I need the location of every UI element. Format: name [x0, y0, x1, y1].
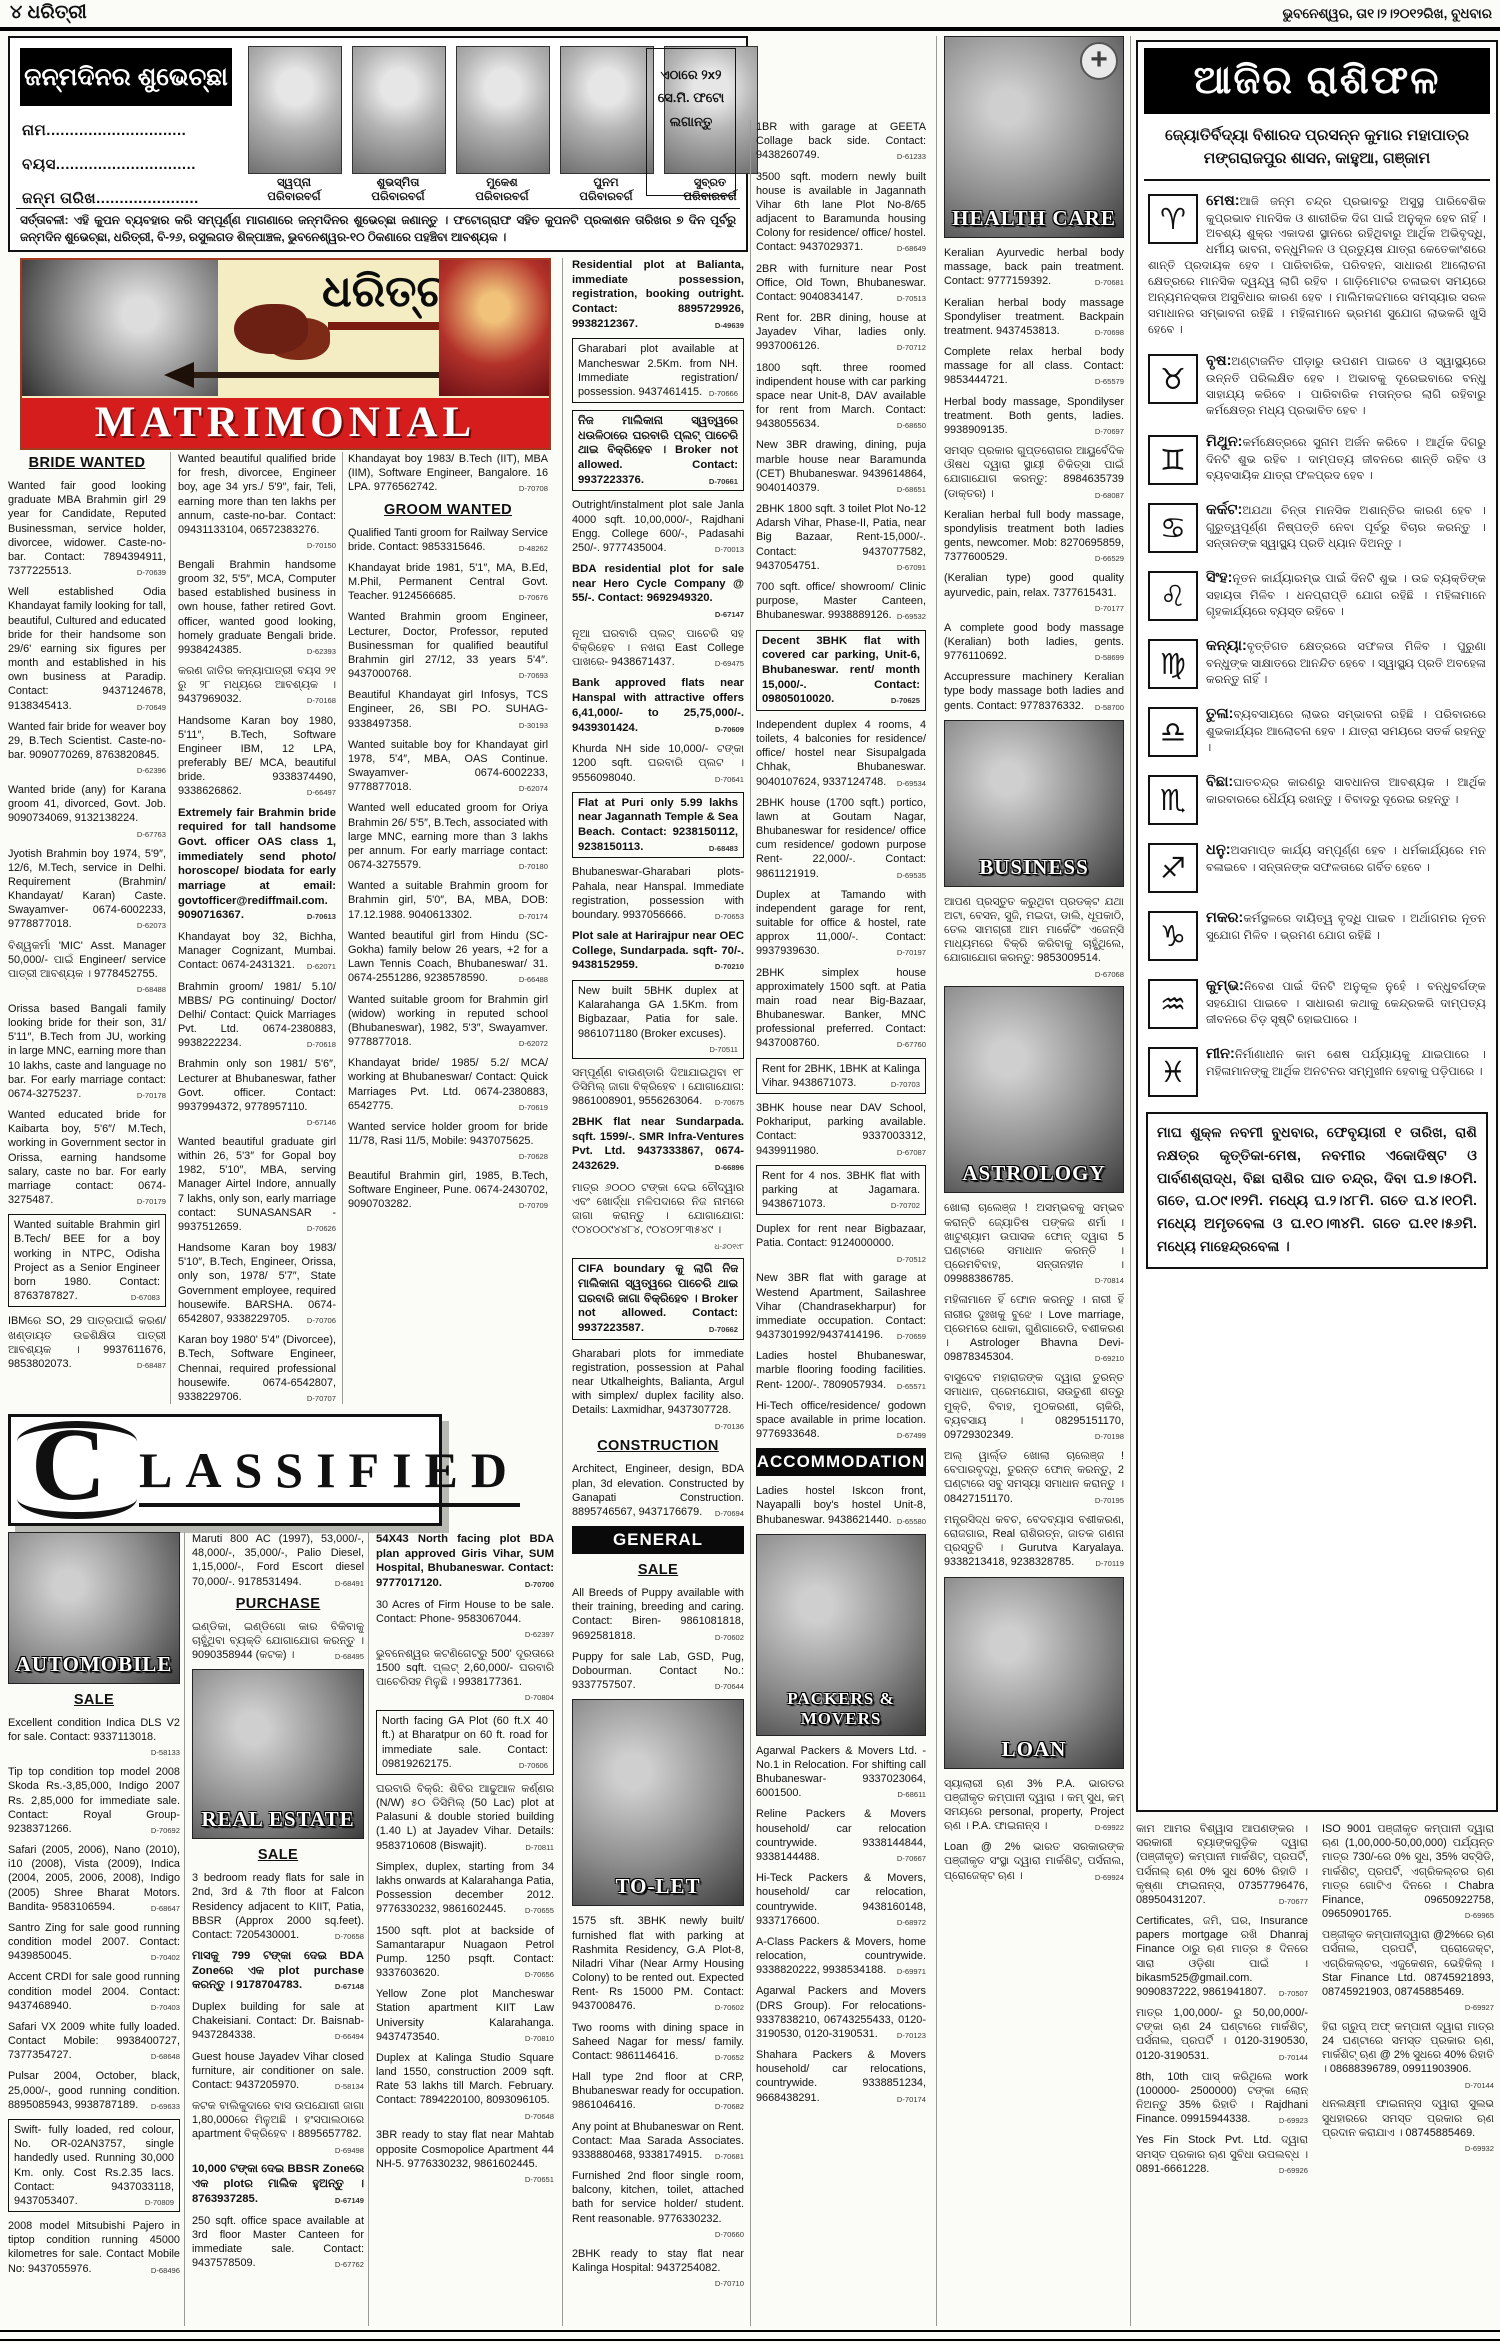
realestate-tolet-column: Residential plot at Balianta, immediate … — [572, 258, 744, 2326]
ad-id: D-69475 — [715, 659, 744, 669]
ad-id: D-69971 — [897, 1967, 926, 1977]
classified-ad: ସ୍ୟାଲାରୀ ଋଣ 3% P.A. ଭାରତର ପଞ୍ଜୀକୃତ କମ୍ପା… — [944, 1777, 1124, 1834]
capricorn-icon: ♑ — [1148, 911, 1198, 961]
ad-id: D-70697 — [1095, 427, 1124, 437]
zodiac-entry: ♑ମକର:କର୍ମସ୍ଥଳରେ ଦାୟିତ୍ୱ ବୃଦ୍ଧି ପାଇବ । ଅର… — [1148, 908, 1486, 963]
ad-id: D-58133 — [151, 1748, 180, 1758]
classified-ad: Pulsar 2004, October, black, 25,000/-, g… — [8, 2069, 180, 2112]
ad-id: D-70195 — [1095, 1496, 1124, 1506]
ad-id: D-70602 — [715, 2003, 744, 2013]
ad-id: D-70136 — [715, 1422, 744, 1432]
loan-image: LOAN — [944, 1577, 1124, 1769]
ad-id: D-70700 — [525, 1580, 554, 1590]
ad-id: D-67148 — [335, 1982, 364, 1992]
column-separator — [170, 452, 171, 1404]
ad-text: 3500 sqft. modern newly built house is a… — [756, 171, 926, 254]
classified-ad: ଆପଣ ପ୍ରସ୍ତୁତ କରୁଥିବା ପ୍ରଡକ୍ଟ ଯଥା ଅଟା, ବେ… — [944, 895, 1124, 980]
ad-id: D-69534 — [897, 779, 926, 789]
child-portrait — [560, 46, 654, 174]
classified-ad: Yellow Zone plot Mancheswar Station apar… — [376, 1987, 554, 2044]
zodiac-entry: ♉ବୃଷ:ଅଣ୍ଟାଜନିତ ପୀଡ଼ାରୁ ଉପଶମ ପାଇବେ ଓ ସ୍ୱା… — [1148, 351, 1486, 419]
birthday-child-photo: ଶୁଭସ୍ମିତା ପରିବାରବର୍ଗ — [352, 46, 444, 205]
ad-id: D-69923 — [1279, 2116, 1308, 2126]
ad-id: D-67762 — [335, 2260, 364, 2270]
zodiac-list: ♈ମେଷ:ଆଜି ଜନ୍ମ ଚନ୍ଦ୍ର ପ୍ରଭାବରୁ ଅସୁସ୍ଥ ପାର… — [1138, 185, 1496, 1100]
ad-text: ବିଶ୍ୱକର୍ମା 'MIC' Asst. Manager 50,000/- … — [8, 940, 166, 980]
finance-column-1: କାମ ଆମର ବିଶ୍ୱାସ ଆପଣଙ୍କର । ସରକାରୀ ବ୍ୟାଙ୍କ… — [1136, 1822, 1308, 2326]
classified-ad: ନୂଆ ଘରବାରି ପ୍ଲଟ୍ ପାଚେରି ସହ ବିକ୍ରିହେବ । ନ… — [572, 627, 744, 670]
ad-text: ISO 9001 ପଞ୍ଜୀକୃତ କମ୍ପାନୀ ଦ୍ୱାରା ଋଣ (1,0… — [1322, 1823, 1494, 1920]
classified-ad: Certificates, ଜମି, ଘର, Insurance papers … — [1136, 1914, 1308, 1999]
ad-text: Wanted suitable Brahmin girl B.Tech/ BEE… — [14, 1219, 160, 1302]
image-caption: REAL ESTATE — [193, 1807, 363, 1832]
ad-id: D-70626 — [307, 1224, 336, 1234]
classified-ad: Khandayat bride 1981, 5'1″, MA, B.Ed, M.… — [348, 561, 548, 604]
classified-ad: Two rooms with dining space in Saheed Na… — [572, 2021, 744, 2064]
child-name: ପୁନମ ପରିବାରବର୍ଗ — [560, 176, 652, 205]
ad-id: D-66896 — [715, 1163, 744, 1173]
taurus-icon: ♉ — [1148, 354, 1198, 404]
classified-ad: Loan @ 2% ଭାରତ ସରକାରଙ୍କ ପଞ୍ଜୀକୃତ ସଂସ୍ଥା … — [944, 1840, 1124, 1883]
classified-ad: Agarwal Packers & Movers Ltd. - No.1 in … — [756, 1744, 926, 1801]
ad-text: CIFA boundary କୁ ଲାଗି ନିଜ ମାଲିକାନା ସ୍ୱତ୍… — [578, 1263, 738, 1334]
ad-text: Wanted fair good looking graduate MBA Br… — [8, 480, 166, 577]
ad-id: D-69932 — [1465, 2144, 1494, 2154]
packers-image: PACKERS & MOVERS — [756, 1534, 926, 1736]
classified-ad: ଧନଲକ୍ଷ୍ମୀ ଫାଇନାନ୍ସ ଦ୍ୱାରା ସୁଲଭ ସୁଧହାରରେ … — [1322, 2097, 1494, 2153]
classified-ad: 3BR ready to stay flat near Mahtab oppos… — [376, 2128, 554, 2184]
classified-ad: Qualified Tanti groom for Railway Servic… — [348, 526, 548, 554]
ad-text: Handsome Karan boy 1980, 5'11″, B.Tech, … — [178, 715, 336, 798]
classified-ad: ମାସକୁ 799 ଟଙ୍କା ଦେଇ BDA Zoneରେ ଏକ plot p… — [192, 1949, 364, 1993]
ad-text: ପଞ୍ଜୀକୃତ କମ୍ପାନୀଦ୍ୱାରା @2%ରେ ଋଣ ପର୍ସନାଲ,… — [1322, 1929, 1494, 1998]
dateline: ଭୁବନେଶ୍ୱର, ତା୧।୨।୨୦୧୨ରିଖ, ବୁଧବାର — [1283, 6, 1492, 22]
ad-id: D-69922 — [1095, 1823, 1124, 1833]
classified-ad: Agarwal Packers and Movers (DRS Group). … — [756, 1984, 926, 2041]
ad-id: D-58700 — [1095, 703, 1124, 713]
ad-id: D-30193 — [519, 721, 548, 731]
ad-id: D-66488 — [519, 975, 548, 985]
classified-ad: Brahmin groom/ 1981/ 5.10/ MBBS/ PG cont… — [178, 980, 336, 1051]
classified-ad: Keralian herbal body massage Spondyliser… — [944, 296, 1124, 339]
ad-id: D-70641 — [715, 775, 744, 785]
matrimonial-column-2: Wanted beautiful qualified bride for fre… — [178, 452, 336, 1408]
ad-id: D-70655 — [525, 1906, 554, 1916]
classified-ad: 1575 sft. 3BHK newly built/ furnished fl… — [572, 1914, 744, 2013]
classified-ad: Wanted beautiful qualified bride for fre… — [178, 452, 336, 551]
ad-id: D-70814 — [1095, 1276, 1124, 1286]
libra-icon: ♎ — [1148, 707, 1198, 757]
ad-id: D-70198 — [1095, 1432, 1124, 1442]
classified-ad: Wanted fair good looking graduate MBA Br… — [8, 479, 166, 578]
classified-ad: Bengali Brahmin handsome groom 32, 5'5″,… — [178, 558, 336, 657]
ad-id: D-67146 — [307, 1118, 336, 1128]
classified-ad: Khurda NH side 10,000/- ଟଙ୍କା 1200 sqft.… — [572, 742, 744, 785]
classified-ad: Wanted suitable groom for Brahmin girl (… — [348, 993, 548, 1050]
column-separator — [562, 258, 563, 2326]
ad-text: ଭୁବନେଶ୍ୱର କଟଣିଗେଟ୍‌ରୁ 500' ଦୂରତାରେ 1500 … — [376, 1648, 554, 1688]
ad-text: Extremely fair Brahmin bride required fo… — [178, 807, 336, 922]
child-portrait — [248, 46, 342, 174]
classified-ad: Safari VX 2009 white fully loaded. Conta… — [8, 2020, 180, 2063]
section-header: SALE — [572, 1562, 744, 1578]
zodiac-sign-name: ତୁଳା: — [1206, 706, 1233, 722]
zodiac-sign-name: ଧନୁ: — [1206, 842, 1231, 858]
leo-icon: ♌ — [1148, 571, 1198, 621]
ad-id: D-70619 — [519, 1103, 548, 1113]
ad-text: କାମ ଆମର ବିଶ୍ୱାସ ଆପଣଙ୍କର । ସରକାରୀ ବ୍ୟାଙ୍କ… — [1136, 1823, 1308, 1906]
classified-ad: Puppy for sale Lab, GSD, Pug, Dobourman.… — [572, 1650, 744, 1693]
zodiac-prediction: ମୀନ:ନିର୍ମାଣାଧୀନ କାମ ଶେଷ ପର୍ଯ୍ୟାୟକୁ ଯାଇପା… — [1148, 1044, 1486, 1080]
classified-ad: 30 Acres of Firm House to be sale. Conta… — [376, 1598, 554, 1640]
ad-id: D-70511 — [709, 1045, 738, 1055]
sagittarius-icon: ♐ — [1148, 843, 1198, 893]
ad-text: ମହିଳାମାନେ ହିଁ ଫୋନ କରନ୍ତୁ । ନାରୀ ହିଁ ନାରୀ… — [944, 1294, 1124, 1363]
zodiac-entry: ♎ତୁଳା:ବ୍ୟବସାୟରେ ଲାଭର ସମ୍ଭାବନା ରହିଛି । ପର… — [1148, 704, 1486, 759]
classified-ad: କଟକ ବାଲିକୁଦାରେ ବାସ ଉପଯୋଗୀ ଜାଗା 1,80,000ର… — [192, 2099, 364, 2155]
ad-id: D-70210 — [715, 962, 744, 972]
ad-id: D-70606 — [519, 1761, 548, 1771]
ad-id: D-67068 — [1095, 970, 1124, 980]
ad-id: D-65571 — [897, 1382, 926, 1392]
classified-ad: Wanted well educated groom for Oriya Bra… — [348, 801, 548, 872]
classified-ad: 3 bedroom ready flats for sale in 2nd, 3… — [192, 1871, 364, 1942]
classified-ad: Wanted a suitable Brahmin groom for Brah… — [348, 879, 548, 922]
ad-text: Safari (2005, 2006), Nano (2010), i10 (2… — [8, 1844, 180, 1913]
classified-ad: Keralian herbal full body massage, spond… — [944, 508, 1124, 565]
ad-id: D-70628 — [519, 1152, 548, 1162]
ad-text: Well established Odia Khandayat family l… — [8, 586, 166, 711]
birthday-child-photo: ପୁନମ ପରିବାରବର୍ଗ — [560, 46, 652, 205]
image-caption: ASTROLOGY — [945, 1161, 1123, 1186]
zodiac-prediction: ଧନୁ:ଅସମାପ୍ତ କାର୍ଯ୍ୟ ସମ୍ପୂର୍ଣ୍ଣ ହେବ । ଧର୍… — [1148, 840, 1486, 876]
zodiac-prediction: ବିଛା:ଘାତଚନ୍ଦ୍ର କାରଣରୁ ସାବଧାନତା ଆବଶ୍ୟକ । … — [1148, 772, 1486, 808]
classified-ad: Yes Fin Stock Pvt. Ltd. ଦ୍ୱାରା ସମସ୍ତ ପ୍ର… — [1136, 2133, 1308, 2176]
classified-ad: 2BHK simplex house approximately 1500 sq… — [756, 966, 926, 1051]
column-separator — [342, 452, 343, 1404]
ad-id: D-62074 — [519, 784, 548, 794]
ad-id: D-70656 — [525, 1970, 554, 1980]
ad-text: Wanted beautiful graduate girl within 26… — [178, 1136, 336, 1233]
ad-id: D-67499 — [897, 1431, 926, 1441]
section-header: CONSTRUCTION — [572, 1438, 744, 1454]
classified-ad: A complete good body massage (Keralian) … — [944, 621, 1124, 664]
ad-text: 2BHK ready to stay flat near Kalinga Hos… — [572, 2248, 744, 2274]
ad-id: D-70682 — [715, 2102, 744, 2112]
logo-underline — [328, 322, 448, 330]
ad-id: D-70174 — [897, 2095, 926, 2105]
ad-id: D-70660 — [715, 2230, 744, 2240]
ad-text: Wanted educated bride for Kaibarta boy, … — [8, 1109, 166, 1206]
section-header: GROOM WANTED — [348, 502, 548, 518]
classified-ad: BDA residential plot for sale near Hero … — [572, 562, 744, 620]
classified-ad: ସମ୍ପୂର୍ଣ୍ଣ ବାଉଣ୍ଡାରି ଦିଆଯାଇଥିବା ୧୮ ଡିସିମ… — [572, 1066, 744, 1109]
ad-id: D-68496 — [151, 2266, 180, 2276]
ad-id: D-70168 — [307, 696, 336, 706]
ad-id: D-70653 — [715, 912, 744, 922]
ad-id: D-68491 — [335, 1579, 364, 1589]
classified-ad: 54X43 North facing plot BDA plan approve… — [376, 1532, 554, 1591]
ad-id: D-70513 — [897, 294, 926, 304]
classified-ad: 3BHK house near DAV School, Pokhariput, … — [756, 1101, 926, 1158]
ad-id: D-70644 — [715, 1682, 744, 1692]
ad-id: D-70708 — [519, 484, 548, 494]
column-separator — [1130, 36, 1131, 2326]
ad-id: D-69532 — [897, 612, 926, 622]
classified-ad: ISO 9001 ପଞ୍ଜୀକୃତ କମ୍ପାନୀ ଦ୍ୱାରା ଋଣ (1,0… — [1322, 1822, 1494, 1921]
ad-id: D-70810 — [525, 2034, 554, 2044]
panchanga-note: ମାଘ ଶୁକ୍ଳ ନବମୀ ବୁଧବାର, ଫେବୃୟାରୀ ୧ ତାରିଖ,… — [1146, 1112, 1488, 1268]
ad-id: D-70197 — [897, 948, 926, 958]
classified-ad: Simplex, duplex, starting from 34 lakhs … — [376, 1860, 554, 1917]
classified-ad: A-Class Packers & Movers, home relocatio… — [756, 1935, 926, 1978]
ad-id: D-69927 — [1465, 2003, 1494, 2013]
ad-id: D-61233 — [897, 152, 926, 162]
ad-id: D-67091 — [897, 563, 926, 573]
classified-column-automobile: AUTOMOBILESALEExcellent condition Indica… — [8, 1532, 180, 2326]
classified-ad: New 3BR flat with garage at Westend Apar… — [756, 1271, 926, 1342]
health-care-image: +HEALTH CARE — [944, 36, 1124, 238]
ad-id: D-68972 — [897, 1918, 926, 1928]
child-portrait — [352, 46, 446, 174]
classified-ad: Plot sale at Harirajpur near OEC College… — [572, 929, 744, 973]
ad-id: D-70662 — [709, 1325, 738, 1335]
zodiac-prediction: କନ୍ୟା:ବୃତ୍ତିଗତ କ୍ଷେତ୍ରରେ ସଫଳତା ମିଳିବ । ପ… — [1148, 636, 1486, 688]
zodiac-sign-name: ମିଥୁନ: — [1206, 434, 1243, 450]
newspaper-page: ୪ ଧରିତ୍ରୀ ଭୁବନେଶ୍ୱର, ତା୧।୨।୨୦୧୨ରିଖ, ବୁଧବ… — [0, 0, 1500, 2343]
classified-ad: Wanted suitable Brahmin girl B.Tech/ BEE… — [8, 1214, 166, 1307]
ad-id: D-70179 — [137, 1197, 166, 1207]
zodiac-entry: ♊ମିଥୁନ:କର୍ମକ୍ଷେତ୍ରରେ ସୁନାମ ଅର୍ଜନ କରିବେ ।… — [1148, 432, 1486, 487]
ad-id: D-62072 — [519, 1039, 548, 1049]
classified-ad: ମନ୍ତ୍ରସିଦ୍ଧ କବଚ, ବେଦବ୍ୟାସ ବଶୀକରଣ, ରୋଜଗାର… — [944, 1513, 1124, 1570]
classified-ad: 10,000 ଟଙ୍କା ଦେଇ BBSR Zoneରେ ଏକ plotର ମା… — [192, 2162, 364, 2206]
classified-ad: ଘରବାରି ବିକ୍ରି: ଶିବିର ଆଢୁଆଳ କର୍ଣ୍ଣର (N/W)… — [376, 1782, 554, 1853]
classified-ad: 3500 sqft. modern newly built house is a… — [756, 170, 926, 255]
ad-id: D-67149 — [335, 2196, 364, 2206]
ad-id: D-67147 — [715, 610, 744, 620]
ad-id: D-68647 — [151, 1904, 180, 1914]
classified-ad: Wanted fair bride for weaver boy 29, B.T… — [8, 720, 166, 776]
section-header: SALE — [8, 1692, 180, 1708]
image-caption: HEALTH CARE — [945, 206, 1123, 231]
image-caption: LOAN — [945, 1737, 1123, 1762]
classified-ad: Bank approved flats near Hanspal with at… — [572, 676, 744, 735]
ad-text: Duplex at Tamando with independent garag… — [756, 889, 926, 958]
ad-id: D-70811 — [525, 1843, 554, 1853]
classified-ad: Reline Packers & Movers household/ car r… — [756, 1807, 926, 1864]
dhol-drum-icon — [234, 304, 308, 354]
ad-id: D-68483 — [709, 844, 738, 854]
medical-cross-icon: + — [1080, 42, 1118, 80]
horoscope-title: ଆଜିର ରାଶିଫଳ — [1144, 48, 1490, 114]
classified-ad: 8th, 10th ପାସ୍ କରିଥିଲେ work (100000- 250… — [1136, 2070, 1308, 2127]
classified-ad: Wanted educated bride for Kaibarta boy, … — [8, 1108, 166, 1207]
zodiac-entry: ♈ମେଷ:ଆଜି ଜନ୍ମ ଚନ୍ଦ୍ର ପ୍ରଭାବରୁ ଅସୁସ୍ଥ ପାର… — [1148, 191, 1486, 339]
ad-id: D-70144 — [1279, 2053, 1308, 2063]
astrologer-name: ଜ୍ୟୋତିର୍ବିଦ୍ୟା ବିଶାରଦ ପ୍ରସନ୍ନ କୁମାର ମହାପ… — [1148, 124, 1486, 147]
ad-text: New built 5BHK duplex at Kalarahanga GA … — [578, 985, 738, 1040]
ad-text: Furnished 2nd floor single room, balcony… — [572, 2170, 744, 2225]
classified-ad: Residential plot at Balianta, immediate … — [572, 258, 744, 331]
classified-ad: ଭୁବନେଶ୍ୱର କଟଣିଗେଟ୍‌ରୁ 500' ଦୂରତାରେ 1500 … — [376, 1647, 554, 1703]
ad-id: D-70512 — [897, 1255, 926, 1265]
ad-id: D-70804 — [525, 1693, 554, 1703]
birthday-coupon-box: ଜନ୍ମଦିନର ଶୁଭେଚ୍ଛା ନାମ...................… — [8, 36, 748, 252]
ad-id: D-69965 — [1465, 1911, 1494, 1921]
ad-text: ଖୋଲା ଚାଲେଞ୍ଜ ! ଅସମ୍ଭବକୁ ସମ୍ଭବ କରାନ୍ତି ଜ୍… — [944, 1202, 1124, 1285]
classified-ad: Handsome Karan boy 1983/ 5'10″, B.Tech, … — [178, 1241, 336, 1326]
zodiac-sign-name: ସିଂହ: — [1206, 570, 1232, 586]
classified-ad: ହିରା ଗ୍ରୁପ୍ ଅଫ୍ କମ୍ପାନୀ ଦ୍ୱାରା ମାତ୍ର 24 … — [1322, 2020, 1494, 2091]
cancer-icon: ♋ — [1148, 503, 1198, 553]
classified-ad: 2BR with furniture near Post Office, Old… — [756, 262, 926, 305]
classified-ad: 2BHK 1800 sqft. 3 toilet Plot No-12 Adar… — [756, 502, 926, 573]
automobile-image: AUTOMOBILE — [8, 1532, 180, 1684]
ad-id: D-69210 — [1095, 1354, 1124, 1364]
ad-id: D-70177 — [1095, 604, 1124, 614]
ad-text: Swift- fully loaded, red colour, No. OR-… — [14, 2124, 174, 2207]
ad-text: ହିରା ଗ୍ରୁପ୍ ଅଫ୍ କମ୍ପାନୀ ଦ୍ୱାରା ମାତ୍ର 24 … — [1322, 2021, 1494, 2076]
ad-id: D-58134 — [335, 2082, 364, 2092]
ad-id: D-70693 — [519, 671, 548, 681]
ad-text: 30 Acres of Firm House to be sale. Conta… — [376, 1599, 554, 1625]
ad-id: D-67763 — [137, 830, 166, 840]
section-header: GENERAL — [572, 1526, 744, 1554]
ad-id: D-70675 — [715, 1098, 744, 1108]
classified-ad: New built 5BHK duplex at Kalarahanga GA … — [572, 980, 744, 1059]
classified-column-plots: 54X43 North facing plot BDA plan approve… — [376, 1532, 554, 2326]
ad-id: D-70178 — [137, 1091, 166, 1101]
ad-id: D-70180 — [519, 862, 548, 872]
matrimonial-banner: ଧରିତ୍ରୀ MATRIMONIAL — [20, 258, 551, 450]
ad-text: Wanted bride (any) for Karana groom 41, … — [8, 784, 166, 824]
classified-ad: Handsome Karan boy 1980, 5'11″, B.Tech, … — [178, 714, 336, 799]
classified-ad: Decent 3BHK flat with covered car parkin… — [756, 630, 926, 711]
column-separator — [936, 36, 937, 2326]
masthead-rule — [0, 27, 1500, 31]
classified-ad: Beautiful Khandayat girl Infosys, TCS En… — [348, 688, 548, 731]
classified-ad: Shahara Packers & Movers household/ car … — [756, 2048, 926, 2105]
classified-ad: Tip top condition top model 2008 Skoda R… — [8, 1765, 180, 1836]
zodiac-prediction: କର୍କଟ:ଅଯଥା ଚିନ୍ତା ମାନସିକ ଅଶାନ୍ତିର କାରଣ ହ… — [1148, 500, 1486, 552]
classified-ad: Wanted Brahmin groom Engineer, Lecturer,… — [348, 610, 548, 681]
ad-id: D-70123 — [897, 2031, 926, 2041]
virgo-icon: ♍ — [1148, 639, 1198, 689]
ad-text: Handsome Karan boy 1983/ 5'10″, B.Tech, … — [178, 1242, 336, 1325]
ad-id: D-62397 — [525, 1630, 554, 1640]
ad-text: Wanted fair bride for weaver boy 29, B.T… — [8, 721, 166, 761]
ad-id: D-48262 — [519, 544, 548, 554]
ad-text: Decent 3BHK flat with covered car parkin… — [762, 635, 920, 706]
ad-text: କଟକ ବାଲିକୁଦାରେ ବାସ ଉପଯୋଗୀ ଜାଗା 1,80,000ର… — [192, 2100, 364, 2140]
ad-text: ଘରବାରି ବିକ୍ରି: ଶିବିର ଆଢୁଆଳ କର୍ଣ୍ଣର (N/W)… — [376, 1783, 554, 1852]
classified-ad: Any point at Bhubaneswar on Rent. Contac… — [572, 2120, 744, 2163]
ad-id: D-62071 — [307, 962, 336, 972]
ad-text: Duplex at Kalinga Studio Square land 155… — [376, 2052, 554, 2107]
ad-id: D-68651 — [897, 485, 926, 495]
section-header: SALE — [192, 1847, 364, 1863]
ad-id: D-70150 — [307, 541, 336, 551]
ad-id: D-70613 — [307, 912, 336, 922]
gemini-icon: ♊ — [1148, 435, 1198, 485]
ad-id: D-70625 — [891, 696, 920, 706]
classified-ad: Accupressure machinery Keralian type bod… — [944, 670, 1124, 713]
real-estate-image: REAL ESTATE — [192, 1669, 364, 1839]
column-separator — [184, 1532, 185, 2326]
ad-id: D-68648 — [151, 2052, 180, 2062]
ad-id: D-70706 — [307, 1316, 336, 1326]
classified-ad: ନିଜ ମାଲିକାନା ସ୍ୱତ୍ୱରେ ଧଉଳିଠାରେ ଘରବାରି ପ୍… — [572, 410, 744, 491]
ad-id: D-70403 — [151, 2003, 180, 2013]
zodiac-entry: ♌ସିଂହ:ନୂତନ କାର୍ଯ୍ୟାରମ୍ଭ ପାଇଁ ଦିନଟି ଶୁଭ ।… — [1148, 568, 1486, 623]
ad-text: Wanted Brahmin groom Engineer, Lecturer,… — [348, 611, 548, 680]
ad-id: D-49639 — [715, 321, 744, 331]
classified-ad: ଅଲ୍ ୱାର୍ଲ୍ଡ ଖୋଲା ଚାଲେଞ୍ଜ ! ବେପାରବୃଦ୍ଧି, … — [944, 1449, 1124, 1506]
ad-id: ଧ-୬୦୧୯୮ — [714, 1242, 744, 1252]
bottom-rule — [0, 2330, 1500, 2341]
ad-id: D-69924 — [1095, 1873, 1124, 1883]
ad-id: D-70659 — [897, 1332, 926, 1342]
ad-id: D-67087 — [897, 1148, 926, 1158]
ad-id: D-66497 — [307, 788, 336, 798]
classified-ad: (Keralian type) good quality ayurvedic, … — [944, 571, 1124, 613]
classified-ad: 1800 sqft. three roomed indipendent hous… — [756, 361, 926, 432]
ad-id: D-70658 — [335, 1932, 364, 1942]
ad-id: D-70709 — [519, 1201, 548, 1211]
ad-id: D-62073 — [137, 921, 166, 931]
eye-swoosh-bottom — [17, 1478, 137, 1519]
ad-id: D-68649 — [897, 244, 926, 254]
classified-ad: Rent for 4 nos. 3BHK flat with parking a… — [756, 1165, 926, 1216]
classified-ad: ମହିଳାମାନେ ହିଁ ଫୋନ କରନ୍ତୁ । ନାରୀ ହିଁ ନାରୀ… — [944, 1293, 1124, 1364]
zodiac-sign-name: କର୍କଟ: — [1206, 502, 1242, 518]
classified-ad: Furnished 2nd floor single room, balcony… — [572, 2169, 744, 2240]
classified-ad: Accent CRDI for sale good running condit… — [8, 1970, 180, 2013]
ad-id: D-62393 — [307, 647, 336, 657]
classified-ad: Keralian Ayurvedic herbal body massage, … — [944, 246, 1124, 289]
classified-ad: Ladies hostel Bhubaneswar, marble floori… — [756, 1349, 926, 1392]
classified-ad: Jyotish Brahmin boy 1974, 5'9″, 12/6, M.… — [8, 847, 166, 932]
ad-text: ମାତ୍ର ୬୦୦୦ ଟଙ୍କା ଦେଇ ଚୌଦ୍ୱାର ଏବଂ ଖୋର୍ଦ୍ଧ… — [572, 1182, 744, 1237]
ad-text: ଆପଣ ପ୍ରସ୍ତୁତ କରୁଥିବା ପ୍ରଡକ୍ଟ ଯଥା ଅଟା, ବେ… — [944, 896, 1124, 965]
child-name: ସ୍ୱପ୍ନା ପରିବାରବର୍ଗ — [248, 176, 340, 205]
ad-id: D-70703 — [891, 1080, 920, 1090]
classified-ad: Khandayat boy 32, Bichha, Manager Cogniz… — [178, 930, 336, 973]
ad-id: D-70681 — [1095, 278, 1124, 288]
scorpio-icon: ♏ — [1148, 775, 1198, 825]
classified-ad: Rent for. 2BR dining, house at Jayadev V… — [756, 311, 926, 354]
classified-ad: Maruti 800 AC (1997), 53,000/-, 48,000/-… — [192, 1532, 364, 1589]
ad-id: D-69926 — [1279, 2166, 1308, 2176]
to-let-image: TO-LET — [572, 1699, 744, 1906]
section-header: BRIDE WANTED — [8, 455, 166, 471]
age-field: ବୟସ.............................. — [22, 156, 196, 173]
classified-ad: ବିଶ୍ୱକର୍ମା 'MIC' Asst. Manager 50,000/- … — [8, 939, 166, 995]
ad-text: 2BHK simplex house approximately 1500 sq… — [756, 967, 926, 1050]
ad-id: D-70677 — [1279, 1897, 1308, 1907]
classified-ad: Extremely fair Brahmin bride required fo… — [178, 806, 336, 923]
ad-text: 3 bedroom ready flats for sale in 2nd, 3… — [192, 1872, 364, 1941]
image-caption: TO-LET — [573, 1874, 743, 1899]
ad-id: D-68487 — [137, 1361, 166, 1371]
image-caption: PACKERS & MOVERS — [757, 1689, 925, 1729]
ad-id: D-70618 — [307, 1040, 336, 1050]
zodiac-sign-name: ବିଛା: — [1206, 774, 1233, 790]
classified-ad: Wanted beautiful girl from Hindu (SC- Go… — [348, 929, 548, 986]
ad-text: (Keralian type) good quality ayurvedic, … — [944, 572, 1124, 598]
ad-id: D-70013 — [715, 545, 744, 555]
